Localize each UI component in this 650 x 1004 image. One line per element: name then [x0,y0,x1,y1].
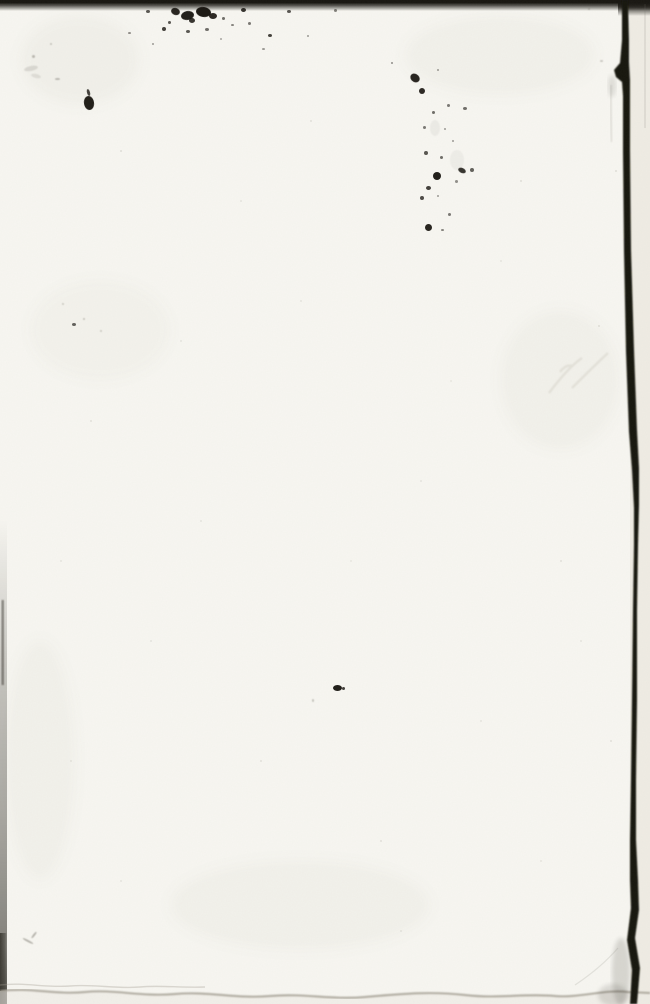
paper-speck [120,880,122,882]
ink-spot [231,24,234,26]
gray-mark [312,699,314,702]
paper-speck [350,560,352,562]
gray-mark [31,73,42,79]
paper-speck [120,150,122,152]
paper-speck [420,480,422,482]
ink-spot [470,168,474,172]
ink-spot [162,27,166,31]
paper-speck [610,740,612,742]
ink-spot [287,10,291,13]
paper-speck [450,380,452,382]
paper-speck [520,180,522,182]
ink-spot [423,126,426,129]
paper-speck [580,640,582,642]
gray-mark [430,120,440,136]
paper-speck [310,120,312,122]
ink-spot [241,8,246,12]
ink-spot [170,7,181,17]
ink-spot [420,196,424,200]
ink-spot [424,151,428,155]
ink-spots-layer [0,0,650,1004]
paper-speck [540,860,542,862]
ink-spot [334,9,337,12]
gray-mark [588,8,590,10]
ink-spot [333,685,342,691]
ink-spot [409,72,422,84]
ink-spot [463,107,467,110]
gray-mark [100,330,102,332]
ink-spot [72,323,76,326]
ink-spot [432,111,435,114]
ink-spot [437,195,439,197]
ink-spot [448,213,451,216]
ink-spot [189,18,195,23]
ink-spot [268,34,272,37]
ink-spot [437,69,439,71]
paper-speck [200,520,202,522]
paper-speck [400,930,402,932]
paper-speck [70,760,72,762]
paper-speck [598,325,600,327]
paper-speck [500,260,502,262]
paper-speck [615,170,617,172]
gray-mark [450,150,464,170]
gray-mark [24,65,39,73]
ink-spot [128,32,131,34]
ink-spot [444,128,446,130]
paper-speck [150,640,152,642]
ink-spot [168,21,171,24]
ink-spot [146,10,150,13]
ink-spot [222,17,225,20]
paper-speck [300,300,302,302]
ink-spot [425,224,432,231]
ink-spot [205,28,209,31]
ink-spot [391,62,393,64]
ink-spot [441,229,444,231]
ink-spot [186,30,190,33]
gray-mark [83,318,85,320]
ink-spot [209,13,217,19]
paper-speck [380,840,382,842]
gray-mark [32,55,35,58]
ink-spot [83,95,95,110]
gray-mark [31,931,38,939]
ink-spot [342,687,345,690]
ink-spot [433,172,441,180]
ink-spot [220,38,222,40]
paper-speck [560,560,562,562]
ink-spot [262,48,265,50]
ink-spot [447,104,450,107]
ink-spot [419,88,425,94]
scanned-page [0,0,650,1004]
gray-mark [600,60,603,62]
ink-spot [440,156,443,159]
ink-spot [152,43,154,45]
paper-speck [60,560,62,562]
ink-spot [455,180,458,183]
gray-mark [50,43,52,45]
ink-spot [452,140,454,142]
gray-mark [62,303,64,305]
ink-spot [307,35,309,37]
paper-speck [180,340,182,342]
gray-mark [55,78,60,80]
paper-speck [260,760,262,762]
paper-speck [480,720,482,722]
paper-speck [240,200,242,202]
ink-spot [248,22,251,25]
ink-spot [426,186,431,190]
paper-speck [90,420,92,422]
